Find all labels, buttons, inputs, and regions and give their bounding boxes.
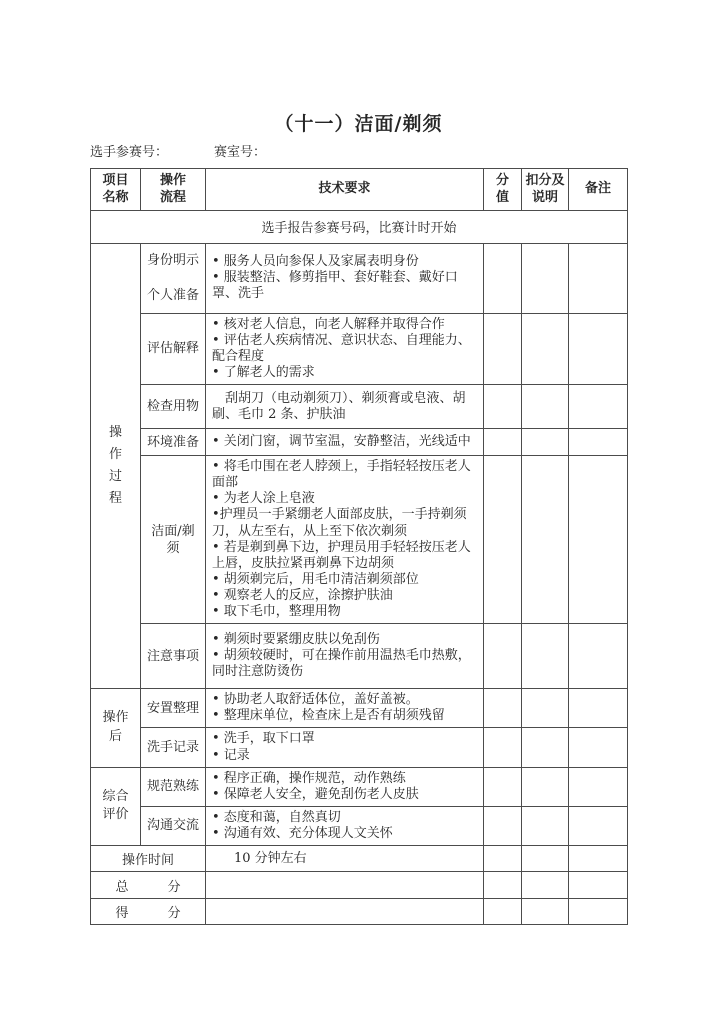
remark-cell: [569, 846, 628, 872]
remark-cell: [569, 624, 628, 689]
header-deduction: 扣分及 说明: [522, 168, 569, 210]
tech-cell: • 洗手，取下口罩 • 记录: [206, 728, 484, 767]
operation-time-value: 10 分钟左右: [206, 846, 484, 872]
notice-text: 选手报告参赛号码，比赛计时开始: [91, 210, 628, 243]
earned-score-value: [206, 899, 484, 925]
table-row: 评估解释 • 核对老人信息，向老人解释并取得合作 • 评估老人疾病情况、意识状态…: [91, 313, 628, 384]
deduction-cell: [522, 728, 569, 767]
table-row: 操作 后 安置整理 • 协助老人取舒适体位，盖好盖被。 • 整理床单位，检查床上…: [91, 689, 628, 728]
remark-cell: [569, 243, 628, 313]
remark-cell: [569, 429, 628, 456]
header-item-name: 项目 名称: [91, 168, 141, 210]
tech-cell: • 服务人员向参保人及家属表明身份 • 服装整洁、修剪指甲、套好鞋套、戴好口罩、…: [206, 243, 484, 313]
tech-cell: • 协助老人取舒适体位，盖好盖被。 • 整理床单位，检查床上是否有胡须残留: [206, 689, 484, 728]
score-cell: [484, 689, 522, 728]
table-row: 检查用物 刮胡刀（电动剃须刀）、剃须膏或皂液、胡刷、毛巾 2 条、护肤油: [91, 385, 628, 429]
remark-cell: [569, 767, 628, 806]
deduction-cell: [522, 313, 569, 384]
table-row: 沟通交流 • 态度和蔼，自然真切 • 沟通有效、充分体现人文关怀: [91, 806, 628, 845]
document-page: （十一）洁面/剃须 选手参赛号： 赛室号： 项目 名称 操作 流程 技术要求 分…: [0, 0, 715, 1011]
score-cell: [484, 728, 522, 767]
header-process: 操作 流程: [141, 168, 206, 210]
process-cell: 检查用物: [141, 385, 206, 429]
total-score-label: 总 分: [91, 872, 206, 899]
score-cell: [484, 899, 522, 925]
score-cell: [484, 806, 522, 845]
deduction-cell: [522, 456, 569, 624]
header-tech-requirements: 技术要求: [206, 168, 484, 210]
room-number-label: 赛室号：: [214, 145, 266, 162]
process-cell: 沟通交流: [141, 806, 206, 845]
tech-cell: • 剃须时要紧绷皮肤以免刮伤 • 胡须较硬时，可在操作前用温热毛巾热敷，同时注意…: [206, 624, 484, 689]
process-cell: 注意事项: [141, 624, 206, 689]
process-cell: 身份明示 个人准备: [141, 243, 206, 313]
remark-cell: [569, 385, 628, 429]
score-cell: [484, 767, 522, 806]
deduction-cell: [522, 689, 569, 728]
deduction-cell: [522, 429, 569, 456]
deduction-cell: [522, 385, 569, 429]
table-row: 洗手记录 • 洗手，取下口罩 • 记录: [91, 728, 628, 767]
header-score: 分 值: [484, 168, 522, 210]
deduction-cell: [522, 767, 569, 806]
operation-time-row: 操作时间 10 分钟左右: [91, 846, 628, 872]
remark-cell: [569, 899, 628, 925]
group-label-text: 操作过程: [109, 422, 123, 510]
deduction-cell: [522, 806, 569, 845]
tech-cell: • 将毛巾围在老人脖颈上，手指轻轻按压老人面部 • 为老人涂上皂液 •护理员一手…: [206, 456, 484, 624]
total-score-value: [206, 872, 484, 899]
score-cell: [484, 313, 522, 384]
process-cell: 规范熟练: [141, 767, 206, 806]
process-cell: 环境准备: [141, 429, 206, 456]
deduction-cell: [522, 872, 569, 899]
remark-cell: [569, 806, 628, 845]
deduction-cell: [522, 624, 569, 689]
score-cell: [484, 624, 522, 689]
process-cell: 洗手记录: [141, 728, 206, 767]
tech-cell: • 关闭门窗，调节室温，安静整洁，光线适中: [206, 429, 484, 456]
remark-cell: [569, 313, 628, 384]
group-label-operation-process: 操作过程: [91, 243, 141, 689]
process-cell: 评估解释: [141, 313, 206, 384]
table-header-row: 项目 名称 操作 流程 技术要求 分 值 扣分及 说明 备注: [91, 168, 628, 210]
remark-cell: [569, 728, 628, 767]
process-cell: 洁面/剃须: [141, 456, 206, 624]
deduction-cell: [522, 846, 569, 872]
group-label-after-operation: 操作 后: [91, 689, 141, 767]
table-row: 注意事项 • 剃须时要紧绷皮肤以免刮伤 • 胡须较硬时，可在操作前用温热毛巾热敷…: [91, 624, 628, 689]
tech-cell: 刮胡刀（电动剃须刀）、剃须膏或皂液、胡刷、毛巾 2 条、护肤油: [206, 385, 484, 429]
deduction-cell: [522, 899, 569, 925]
remark-cell: [569, 456, 628, 624]
tech-cell: • 程序正确，操作规范，动作熟练 • 保障老人安全，避免刮伤老人皮肤: [206, 767, 484, 806]
tech-cell: • 态度和蔼，自然真切 • 沟通有效、充分体现人文关怀: [206, 806, 484, 845]
process-cell: 安置整理: [141, 689, 206, 728]
score-cell: [484, 846, 522, 872]
meta-line: 选手参赛号： 赛室号：: [90, 145, 627, 162]
earned-score-label: 得 分: [91, 899, 206, 925]
table-row: 环境准备 • 关闭门窗，调节室温，安静整洁，光线适中: [91, 429, 628, 456]
remark-cell: [569, 689, 628, 728]
earned-score-row: 得 分: [91, 899, 628, 925]
table-row: 综合 评价 规范熟练 • 程序正确，操作规范，动作熟练 • 保障老人安全，避免刮…: [91, 767, 628, 806]
score-cell: [484, 429, 522, 456]
total-score-row: 总 分: [91, 872, 628, 899]
scoring-table: 项目 名称 操作 流程 技术要求 分 值 扣分及 说明 备注 选手报告参赛号码，…: [90, 168, 628, 925]
header-remark: 备注: [569, 168, 628, 210]
operation-time-label: 操作时间: [91, 846, 206, 872]
group-label-overall-evaluation: 综合 评价: [91, 767, 141, 845]
score-cell: [484, 872, 522, 899]
remark-cell: [569, 872, 628, 899]
score-cell: [484, 243, 522, 313]
table-row: 操作过程 身份明示 个人准备 • 服务人员向参保人及家属表明身份 • 服装整洁、…: [91, 243, 628, 313]
tech-cell: • 核对老人信息，向老人解释并取得合作 • 评估老人疾病情况、意识状态、自理能力…: [206, 313, 484, 384]
deduction-cell: [522, 243, 569, 313]
contestant-number-label: 选手参赛号：: [90, 145, 168, 162]
page-title: （十一）洁面/剃须: [90, 113, 627, 136]
table-row: 洁面/剃须 • 将毛巾围在老人脖颈上，手指轻轻按压老人面部 • 为老人涂上皂液 …: [91, 456, 628, 624]
score-cell: [484, 385, 522, 429]
notice-row: 选手报告参赛号码，比赛计时开始: [91, 210, 628, 243]
score-cell: [484, 456, 522, 624]
